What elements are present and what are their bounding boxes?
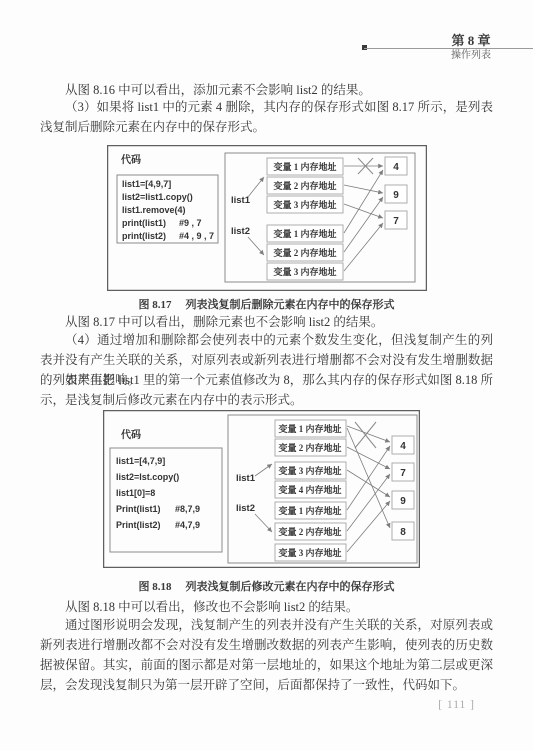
list2-slot-label: 变量 3 内存地址 bbox=[273, 266, 336, 277]
code-line: print(list2) bbox=[122, 231, 166, 241]
code-line: print(list1) bbox=[122, 218, 166, 228]
list2-slot-label: 变量 2 内存地址 bbox=[278, 526, 341, 537]
list2-pointer-arrow bbox=[255, 514, 272, 532]
list2-slot-label: 变量 1 内存地址 bbox=[278, 505, 341, 516]
caption-text: 列表浅复制后删除元素在内存中的保存形式 bbox=[186, 299, 395, 311]
caption-text: 列表浅复制后修改元素在内存中的保存形式 bbox=[186, 581, 395, 593]
arrow-list1-slot3-to-9 bbox=[347, 470, 390, 497]
code-label: 代码 bbox=[121, 428, 141, 441]
value-7: 7 bbox=[393, 216, 399, 227]
code-line: Print(list1) bbox=[116, 504, 161, 514]
arrow-list2-slot3-to-7 bbox=[344, 223, 383, 271]
code-line: list1.remove(4) bbox=[122, 205, 186, 215]
list1-slot-label: 变量 3 内存地址 bbox=[273, 199, 336, 210]
arrow-list1-slot2-to-7 bbox=[347, 447, 390, 469]
value-8: 8 bbox=[400, 527, 406, 538]
code-line: list2=list1.copy() bbox=[122, 192, 193, 202]
book-page: 第 8 章 操作列表 从图 8.16 中可以看出，添加元素不会影响 list2 … bbox=[0, 0, 533, 751]
list1-label: list1 bbox=[231, 195, 251, 206]
value-4: 4 bbox=[400, 441, 406, 452]
list2-label: list2 bbox=[236, 503, 255, 514]
value-4: 4 bbox=[393, 162, 399, 173]
arrow-list1-slot1-to-4-old bbox=[347, 426, 390, 442]
figure-8-17-caption: 图 8.17列表浅复制后删除元素在内存中的保存形式 bbox=[0, 296, 533, 312]
code-label: 代码 bbox=[121, 153, 141, 166]
figure-8-18-diagram: 代码 list1=[4,7,9] list2=lst.copy() list1[… bbox=[103, 410, 420, 568]
value-9: 9 bbox=[393, 190, 399, 201]
section-title: 操作列表 bbox=[451, 50, 491, 62]
code-line: list1=[4,9,7] bbox=[122, 179, 171, 189]
value-7: 7 bbox=[400, 468, 406, 479]
list1-slot-label: 变量 4 内存地址 bbox=[278, 484, 341, 495]
arrow-list2-slot1-to-4 bbox=[347, 446, 390, 510]
list1-slot-label: 变量 3 内存地址 bbox=[278, 465, 341, 476]
paragraph-5: 如果再把 list1 里的第一个元素值修改为 8，那么其内存的保存形式如图 8.… bbox=[40, 370, 493, 410]
list2-label: list2 bbox=[231, 226, 250, 237]
code-line: list2=lst.copy() bbox=[116, 472, 179, 482]
list2-slot-label: 变量 1 内存地址 bbox=[273, 228, 336, 239]
list1-slot-label: 变量 1 内存地址 bbox=[278, 423, 341, 434]
arrow-list2-slot2-to-9 bbox=[344, 197, 383, 252]
list2-slot-label: 变量 3 内存地址 bbox=[278, 547, 341, 558]
paragraph-7: 通过图形说明会发现，浅复制产生的列表并没有产生关联的关系，对原列表或新列表进行增… bbox=[40, 615, 493, 695]
page-number: [ 111 ] bbox=[438, 699, 475, 711]
list1-slot-label: 变量 1 内存地址 bbox=[273, 161, 336, 172]
figure-8-18-caption: 图 8.18列表浅复制后修改元素在内存中的保存形式 bbox=[0, 578, 533, 594]
value-9: 9 bbox=[400, 496, 406, 507]
paragraph-6: 从图 8.18 中可以看出，修改也不会影响 list2 的结果。 bbox=[40, 597, 493, 617]
arrow-list2-slot2-to-7 bbox=[347, 474, 390, 531]
list1-pointer-arrow bbox=[248, 177, 264, 197]
paragraph-3: 从图 8.17 中可以看出，删除元素也不会影响 list2 的结果。 bbox=[40, 312, 493, 332]
code-comment: #4,7,9 bbox=[175, 520, 200, 530]
code-line: list1=[4,7,9] bbox=[116, 456, 165, 466]
arrow-list2-slot3-to-9 bbox=[347, 501, 390, 552]
code-comment: #8,7,9 bbox=[175, 504, 200, 514]
list1-slot-label: 变量 2 内存地址 bbox=[278, 442, 341, 453]
code-comment: #4 , 9 , 7 bbox=[179, 231, 214, 241]
list1-pointer-arrow bbox=[255, 464, 272, 476]
arrow-list1-slot3-to-7 bbox=[344, 204, 383, 218]
chapter-title: 第 8 章 bbox=[451, 34, 491, 47]
figure-8-17-diagram: 代码 list1=[4,9,7] list2=list1.copy() list… bbox=[107, 145, 427, 291]
running-header: 第 8 章 操作列表 bbox=[451, 34, 491, 62]
arrow-list1-slot2-to-9 bbox=[344, 185, 383, 193]
code-line: list1[0]=8 bbox=[116, 488, 155, 498]
caption-number: 图 8.18 bbox=[139, 581, 172, 593]
paragraph-2: （3）如果将 list1 中的元素 4 删除，其内存的保存形式如图 8.17 所… bbox=[40, 97, 493, 137]
list2-slot-label: 变量 2 内存地址 bbox=[273, 247, 336, 258]
list2-pointer-arrow bbox=[248, 237, 264, 255]
code-comment: #9 , 7 bbox=[179, 218, 202, 228]
header-rule bbox=[364, 48, 533, 49]
arrow-list2-slot1-to-4 bbox=[344, 170, 383, 233]
caption-number: 图 8.17 bbox=[139, 299, 172, 311]
code-line: Print(list2) bbox=[116, 520, 161, 530]
list1-label: list1 bbox=[236, 473, 256, 484]
list1-slot-label: 变量 2 内存地址 bbox=[273, 180, 336, 191]
